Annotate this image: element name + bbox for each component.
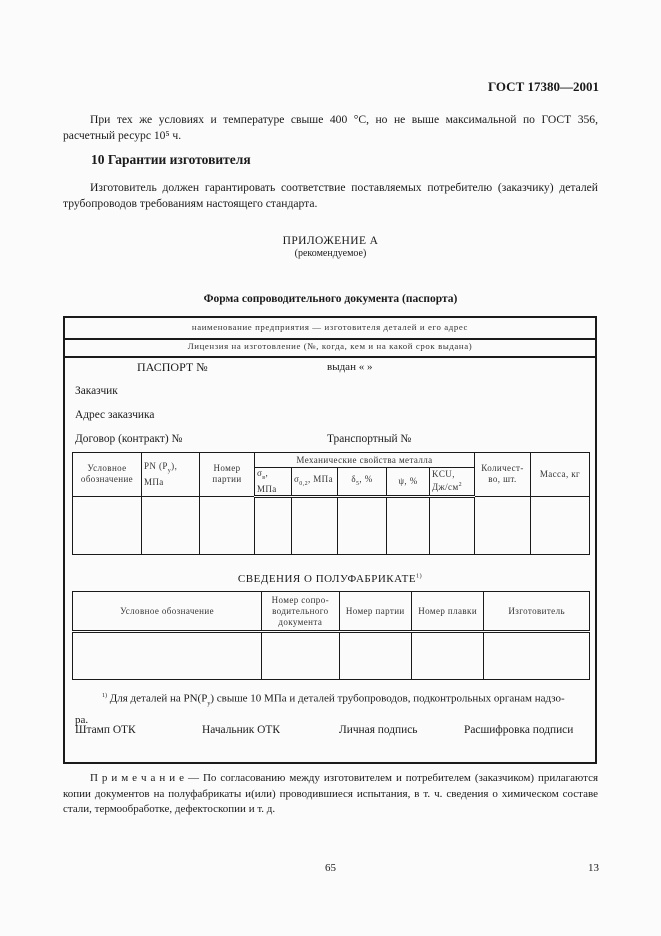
footnote: 1) Для деталей на PN(Pу) свыше 10 МПа и … (75, 688, 587, 728)
col-designation: Условное обозначение (73, 453, 142, 497)
page-number-right: 13 (588, 862, 599, 874)
col-batch: Номер партии (200, 453, 255, 497)
cell[interactable] (255, 496, 292, 554)
col-mass: Масса, кг (531, 453, 590, 497)
cell[interactable] (73, 632, 262, 680)
col-qty: Количест-во, шт. (475, 453, 531, 497)
note: П р и м е ч а н и е — По согласованию ме… (63, 771, 598, 818)
col-kcu: KCU,Дж/см2 (430, 468, 475, 497)
col-semi-heat: Номер плавки (411, 592, 483, 632)
page-number-center: 65 (325, 862, 336, 874)
cell[interactable] (200, 496, 255, 554)
col-mech-group: Механические свойства металла (255, 453, 475, 468)
signature-decoding: Расшифровка подписи (464, 724, 573, 736)
cell[interactable] (531, 496, 590, 554)
customer-address-label: Адрес заказчика (75, 409, 154, 421)
table-row (73, 632, 590, 680)
col-psi: ψ, % (387, 468, 430, 497)
section-text: Изготовитель должен гарантировать соотве… (63, 180, 598, 212)
col-pn: PN (Pу), МПа (142, 453, 200, 497)
signature-personal: Личная подпись (339, 724, 418, 736)
col-sigma-02: σ0,2, МПа (292, 468, 338, 497)
cell[interactable] (430, 496, 475, 554)
appendix-kind: (рекомендуемое) (0, 248, 661, 259)
col-semi-doc-number: Номер сопро-водительного документа (262, 592, 339, 632)
semi-product-table: Условное обозначение Номер сопро-водител… (72, 591, 590, 680)
passport-form: наименование предприятия — изготовителя … (63, 316, 597, 764)
transport-label: Транспортный № (327, 433, 411, 445)
main-table: Условное обозначение PN (Pу), МПа Номер … (72, 452, 590, 555)
col-semi-batch: Номер партии (339, 592, 411, 632)
cell[interactable] (262, 632, 339, 680)
col-semi-manufacturer: Изготовитель (484, 592, 590, 632)
col-sigma-b: σв, МПа (255, 468, 292, 497)
col-delta: δ5, % (338, 468, 387, 497)
standard-header: ГОСТ 17380—2001 (488, 79, 599, 95)
contract-label: Договор (контракт) № (75, 433, 182, 445)
cell[interactable] (142, 496, 200, 554)
col-semi-designation: Условное обозначение (73, 592, 262, 632)
appendix-label: ПРИЛОЖЕНИЕ А (0, 235, 661, 247)
signature-head: Начальник ОТК (202, 724, 280, 736)
issued-label: выдан « » (327, 361, 372, 373)
semi-product-title: СВЕДЕНИЯ О ПОЛУФАБРИКАТЕ1) (65, 573, 595, 585)
manufacturer-line: наименование предприятия — изготовителя … (65, 318, 595, 340)
cell[interactable] (387, 496, 430, 554)
cell[interactable] (73, 496, 142, 554)
passport-number-label: ПАСПОРТ № (137, 360, 208, 375)
customer-label: Заказчик (75, 385, 118, 397)
cell[interactable] (339, 632, 411, 680)
form-title: Форма сопроводительного документа (паспо… (0, 293, 661, 305)
cell[interactable] (475, 496, 531, 554)
cell[interactable] (338, 496, 387, 554)
section-title: 10 Гарантии изготовителя (91, 152, 251, 168)
signature-stamp: Штамп ОТК (75, 724, 136, 736)
table-row (73, 496, 590, 554)
intro-paragraph: При тех же условиях и температуре свыше … (63, 112, 598, 144)
license-line: Лицензия на изготовление (№, когда, кем … (65, 338, 595, 358)
cell[interactable] (292, 496, 338, 554)
cell[interactable] (484, 632, 590, 680)
cell[interactable] (411, 632, 483, 680)
